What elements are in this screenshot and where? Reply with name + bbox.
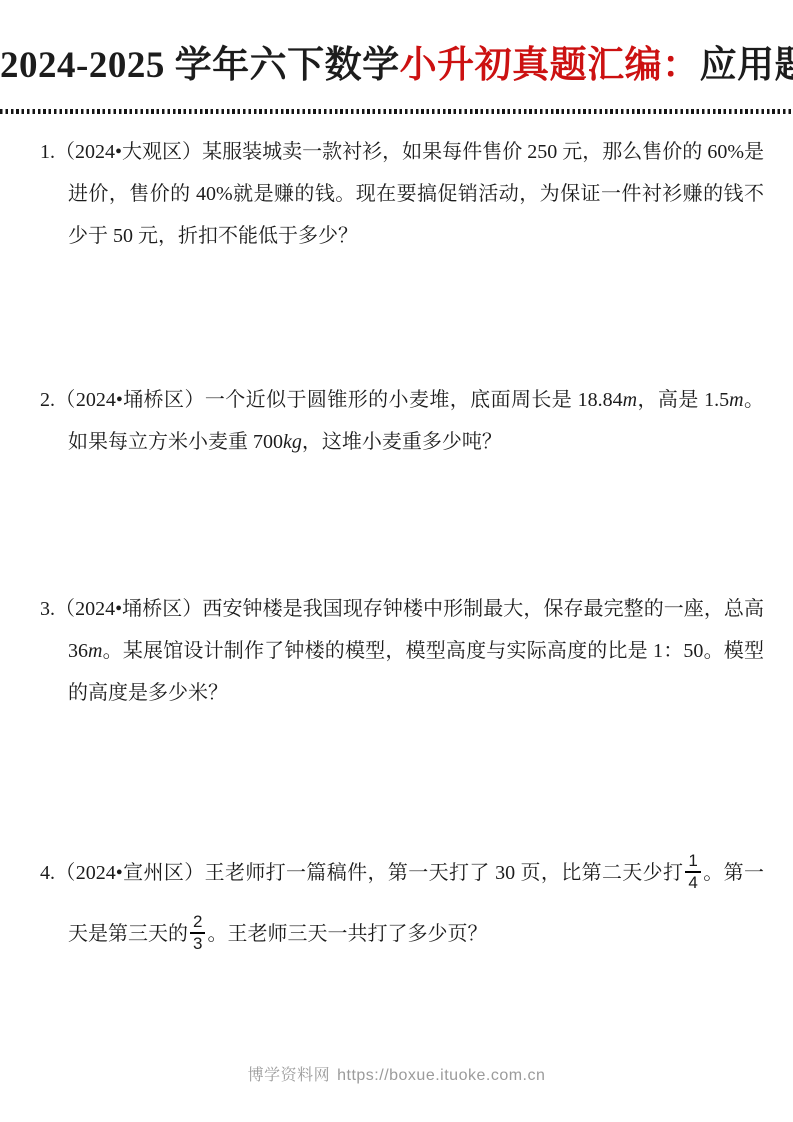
fraction: 14 xyxy=(685,851,700,893)
fraction-denominator: 3 xyxy=(190,932,205,954)
problem-number: 3. xyxy=(40,598,55,620)
problem-text: ，这堆小麦重多少吨？ xyxy=(302,431,502,453)
problem-item: 1.（2024•大观区）某服装城卖一款衬衫，如果每件售价 250 元，那么售价的… xyxy=(40,131,764,257)
problem-list: 1.（2024•大观区）某服装城卖一款衬衫，如果每件售价 250 元，那么售价的… xyxy=(0,0,793,1122)
footer-url: https://boxue.ituoke.com.cn xyxy=(337,1067,545,1084)
problem-item: 4.（2024•宣州区）王老师打一篇稿件，第一天打了 30 页，比第二天少打14… xyxy=(40,843,764,965)
problem-text: 。某展馆设计制作了钟楼的模型，模型高度与实际高度的比是 1：50。模型的高度是多… xyxy=(68,640,764,704)
unit-italic: m xyxy=(88,640,102,662)
unit-italic: m xyxy=(623,389,637,411)
problem-text: （2024•埇桥区）一个近似于圆锥形的小麦堆，底面周长是 18.84 xyxy=(55,389,623,411)
problem-number: 1. xyxy=(40,141,55,163)
problem-text: （2024•宣州区）王老师打一篇稿件，第一天打了 30 页，比第二天少打 xyxy=(55,862,683,884)
unit-italic: m xyxy=(729,389,743,411)
footer-site-name: 博学资料网 xyxy=(248,1067,331,1084)
footer-watermark: 博学资料网https://boxue.ituoke.com.cn xyxy=(0,1062,793,1085)
problem-text: （2024•大观区）某服装城卖一款衬衫，如果每件售价 250 元，那么售价的 6… xyxy=(55,141,764,247)
problem-text: ，高是 1.5 xyxy=(637,389,729,411)
problem-item: 3.（2024•埇桥区）西安钟楼是我国现存钟楼中形制最大，保存最完整的一座，总高… xyxy=(40,588,764,714)
worksheet-page: 2024-2025 学年六下数学小升初真题汇编：应用题 1.（2024•大观区）… xyxy=(0,0,793,1122)
fraction-numerator: 2 xyxy=(190,912,205,932)
problem-text: 。王老师三天一共打了多少页？ xyxy=(207,923,487,945)
problem-number: 2. xyxy=(40,389,55,411)
fraction: 23 xyxy=(190,912,205,954)
fraction-denominator: 4 xyxy=(685,871,700,893)
fraction-numerator: 1 xyxy=(685,851,700,871)
unit-italic: kg xyxy=(283,431,302,453)
problem-item: 2.（2024•埇桥区）一个近似于圆锥形的小麦堆，底面周长是 18.84m，高是… xyxy=(40,379,764,463)
problem-number: 4. xyxy=(40,862,55,884)
